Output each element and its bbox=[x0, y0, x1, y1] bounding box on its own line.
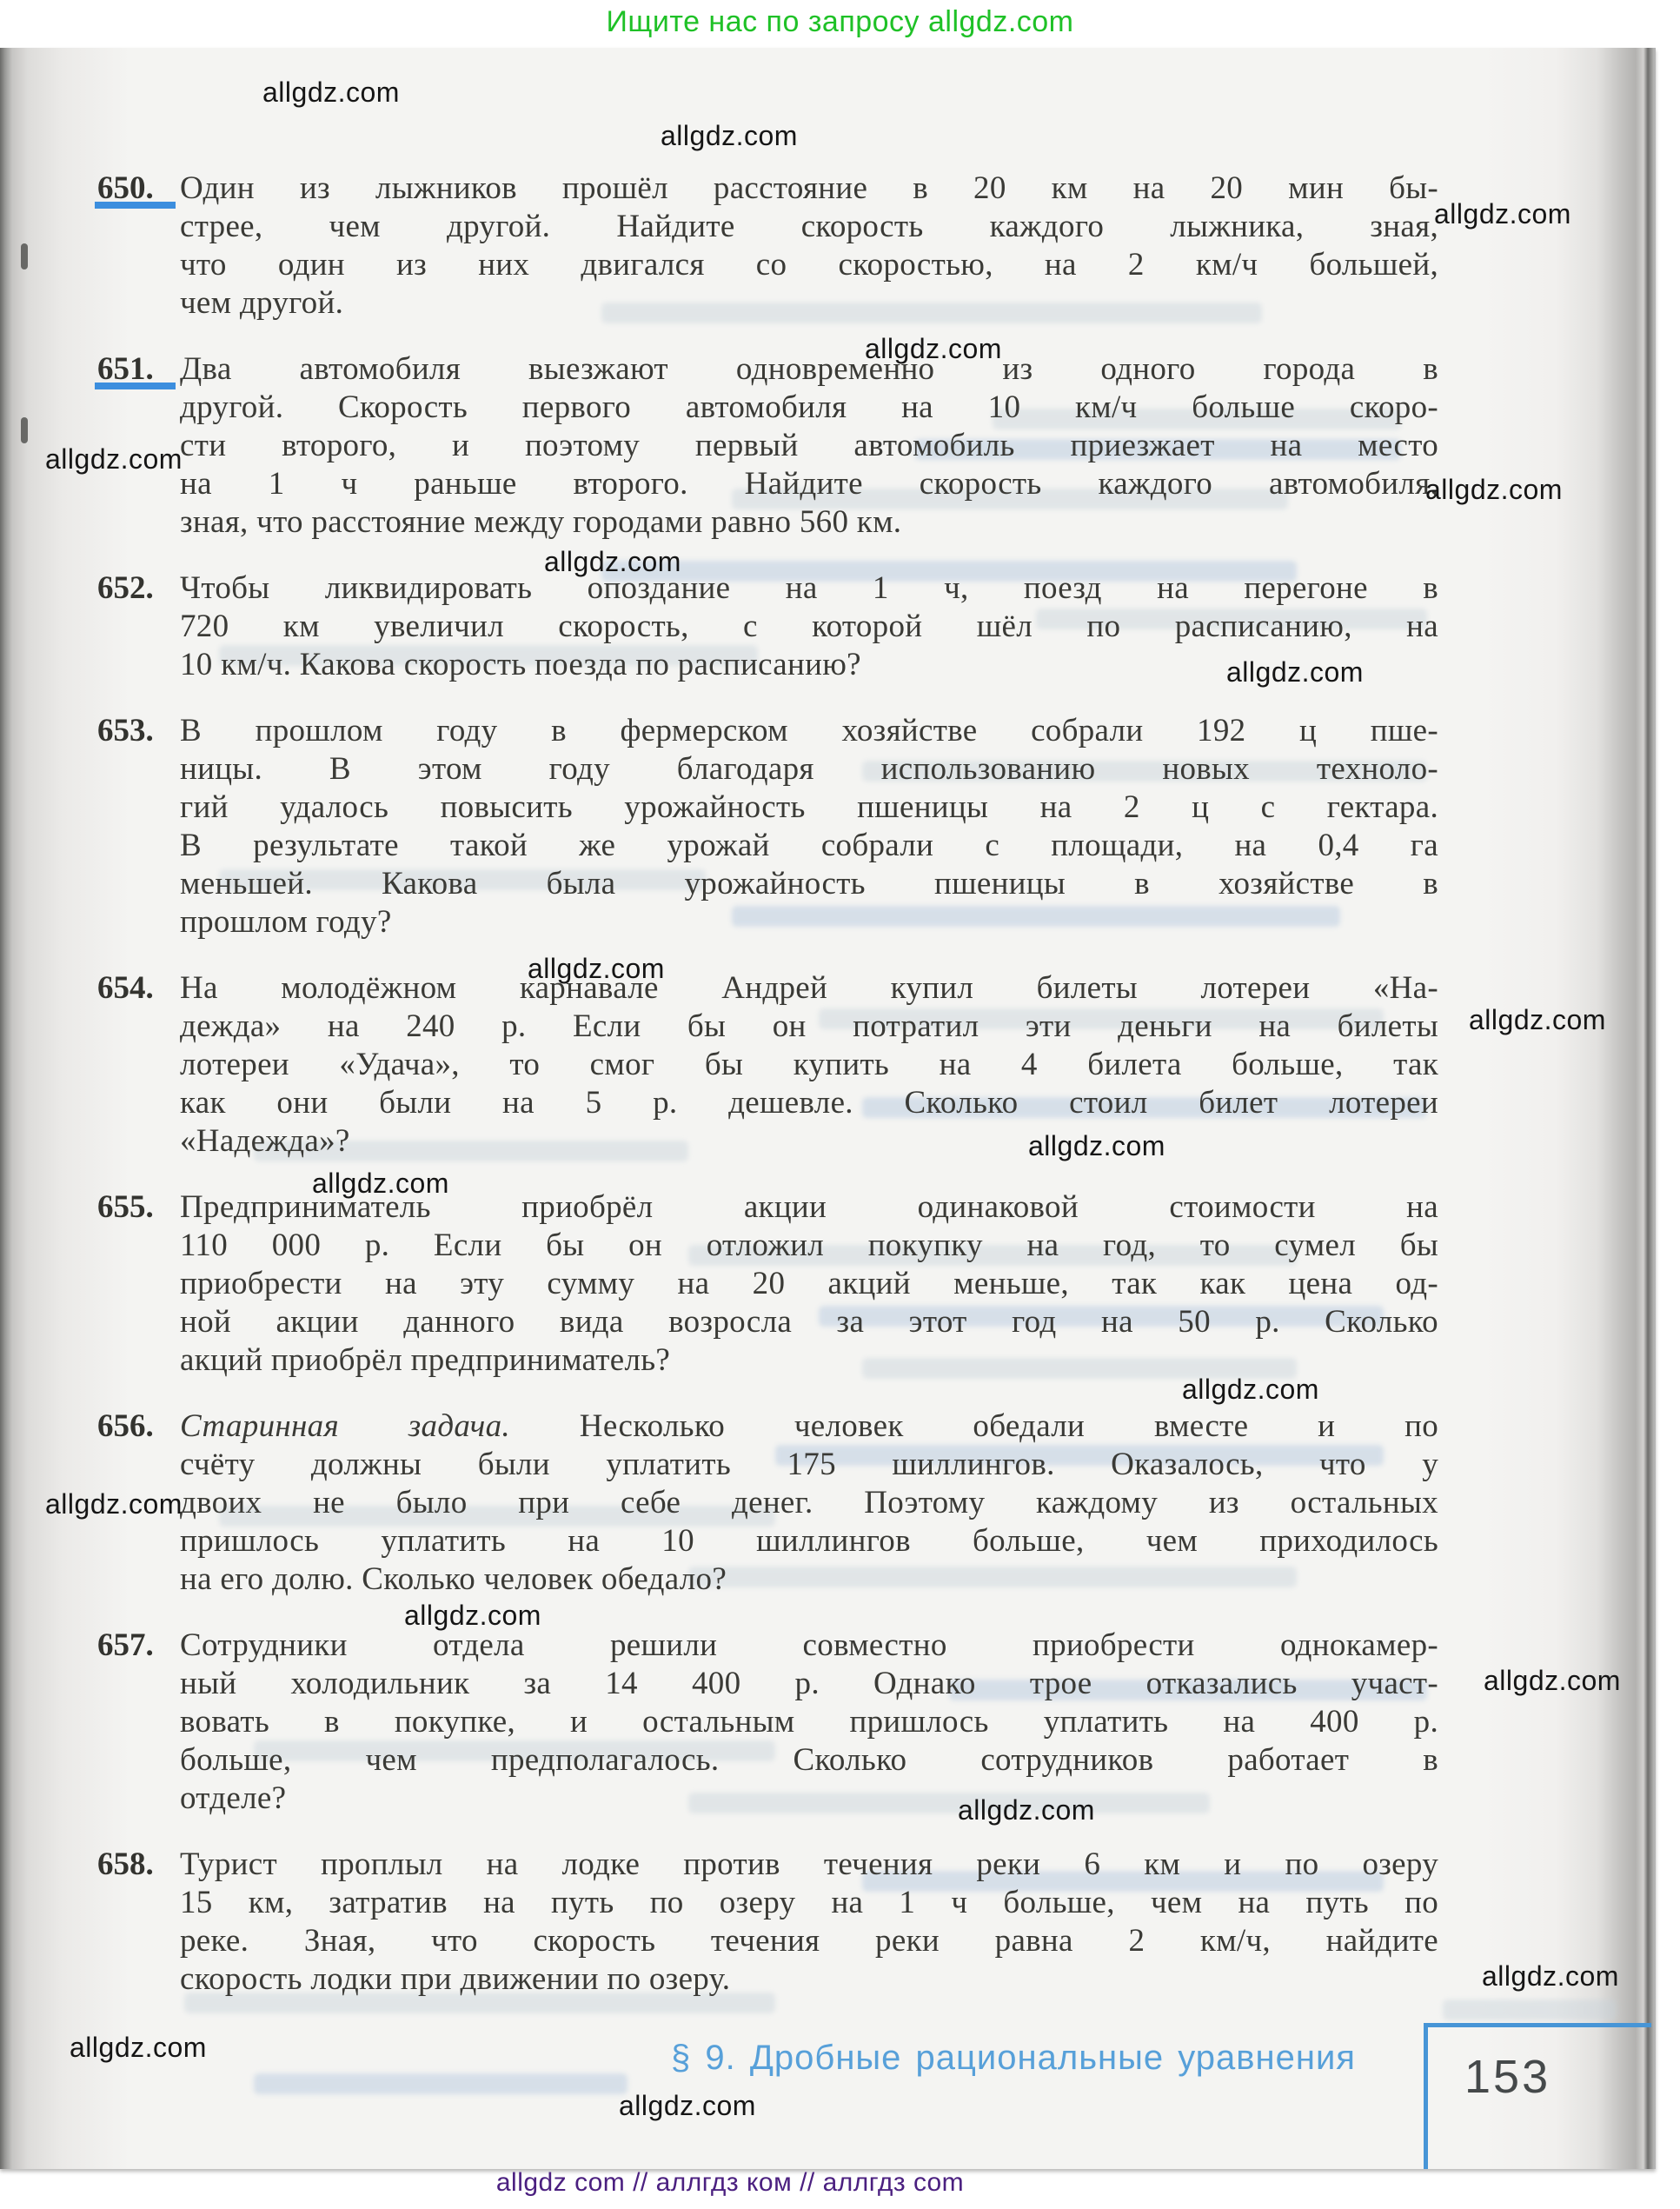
textbook-page-scan: Ищите нас по запросу allgdz.com 650.Один… bbox=[0, 0, 1680, 2209]
problem-text-line: ницы. В этом году благодаря использовани… bbox=[180, 750, 1438, 788]
problem-text-line: Предприниматель приобрёл акции одинаково… bbox=[180, 1188, 1438, 1227]
problem-text-line: как они были на 5 р. дешевле. Сколько ст… bbox=[180, 1084, 1438, 1122]
problem-text: Сотрудники отдела решили совместно приоб… bbox=[180, 1627, 1438, 1818]
problem-text-line: пришлось уплатить на 10 шиллингов больше… bbox=[180, 1522, 1438, 1560]
showthrough-smudge bbox=[1443, 1999, 1617, 2020]
problem-number: 652. bbox=[97, 569, 176, 608]
binding-mark bbox=[21, 417, 28, 443]
problem-text-line: 10 км/ч. Какова скорость поезда по распи… bbox=[180, 646, 1438, 684]
problem-text: Предприниматель приобрёл акции одинаково… bbox=[180, 1188, 1438, 1380]
problem-number: 653. bbox=[97, 712, 176, 750]
scan-area: 650.Один из лыжников прошёл расстояние в… bbox=[0, 48, 1656, 2169]
problem-text-line: прошлом году? bbox=[180, 903, 1438, 941]
problem-text-line: другой. Скорость первого автомобиля на 1… bbox=[180, 389, 1438, 427]
problem-text-line: больше, чем предполагалось. Сколько сотр… bbox=[180, 1741, 1438, 1780]
problem-item: 655.Предприниматель приобрёл акции одина… bbox=[97, 1188, 1438, 1380]
page-number-box: 153 bbox=[1424, 2023, 1651, 2169]
problem-text-line: двоих не было при себе денег. Поэтому ка… bbox=[180, 1484, 1438, 1522]
problem-item: 653.В прошлом году в фермерском хозяйств… bbox=[97, 712, 1438, 941]
problem-item: 654.На молодёжном карнавале Андрей купил… bbox=[97, 969, 1438, 1161]
problem-text-line: лотереи «Удача», то смог бы купить на 4 … bbox=[180, 1046, 1438, 1084]
problem-text-line: чем другой. bbox=[180, 284, 1438, 323]
problem-text-line: отделе? bbox=[180, 1780, 1438, 1818]
problem-text: Турист проплыл на лодке против течения р… bbox=[180, 1846, 1438, 1999]
problem-text-line: Один из лыжников прошёл расстояние в 20 … bbox=[180, 170, 1438, 208]
problem-text: На молодёжном карнавале Андрей купил бил… bbox=[180, 969, 1438, 1161]
problem-text-line: Чтобы ликвидировать опоздание на 1 ч, по… bbox=[180, 569, 1438, 608]
problem-item: 657.Сотрудники отдела решили совместно п… bbox=[97, 1627, 1438, 1818]
problem-text-line: счёту должны были уплатить 175 шиллингов… bbox=[180, 1446, 1438, 1484]
problem-text: Чтобы ликвидировать опоздание на 1 ч, по… bbox=[180, 569, 1438, 684]
problem-text: Два автомобиля выезжают одновременно из … bbox=[180, 350, 1438, 542]
problem-text-line: На молодёжном карнавале Андрей купил бил… bbox=[180, 969, 1438, 1008]
problem-number: 657. bbox=[97, 1627, 176, 1665]
problem-item: 652.Чтобы ликвидировать опоздание на 1 ч… bbox=[97, 569, 1438, 684]
problem-text-line: ный холодильник за 14 400 р. Однако трое… bbox=[180, 1665, 1438, 1703]
problem-text-line: ной акции данного вида возросла за этот … bbox=[180, 1303, 1438, 1341]
problem-text-line: 720 км увеличил скорость, с которой шёл … bbox=[180, 608, 1438, 646]
problem-number: 655. bbox=[97, 1188, 176, 1227]
problem-number: 656. bbox=[97, 1407, 176, 1446]
problem-text-line: дежда» на 240 р. Если бы он потратил эти… bbox=[180, 1008, 1438, 1046]
section-title: § 9. Дробные рациональные уравнения bbox=[671, 2039, 1356, 2078]
problem-text-line: стрее, чем другой. Найдите скорость кажд… bbox=[180, 208, 1438, 246]
problem-text-line: на 1 ч раньше второго. Найдите скорость … bbox=[180, 465, 1438, 503]
problem-list: 650.Один из лыжников прошёл расстояние в… bbox=[97, 170, 1438, 2026]
binding-mark bbox=[21, 243, 28, 269]
problem-text-line: Турист проплыл на лодке против течения р… bbox=[180, 1846, 1438, 1884]
problem-number: 650. bbox=[97, 170, 176, 208]
problem-text-line: В результате такой же урожай собрали с п… bbox=[180, 827, 1438, 865]
site-footer-text: allgdz com // аллгдз ком // аллгдз com bbox=[0, 2168, 1460, 2198]
problem-text-line: сти второго, и поэтому первый автомобиль… bbox=[180, 427, 1438, 465]
problem-text-line: «Надежда»? bbox=[180, 1122, 1438, 1161]
problem-text-line: меньшей. Какова была урожайность пшеницы… bbox=[180, 865, 1438, 903]
problem-text-line: скорость лодки при движении по озеру. bbox=[180, 1960, 1438, 1999]
problem-text-line: что один из них двигался со скоростью, н… bbox=[180, 246, 1438, 284]
problem-text-line: Два автомобиля выезжают одновременно из … bbox=[180, 350, 1438, 389]
problem-text-line: 110 000 р. Если бы он отложил покупку на… bbox=[180, 1227, 1438, 1265]
problem-text-line: зная, что расстояние между городами равн… bbox=[180, 503, 1438, 542]
problem-text-line: Сотрудники отдела решили совместно приоб… bbox=[180, 1627, 1438, 1665]
problem-number: 654. bbox=[97, 969, 176, 1008]
problem-text-line: реке. Зная, что скорость течения реки ра… bbox=[180, 1922, 1438, 1960]
problem-text: В прошлом году в фермерском хозяйстве со… bbox=[180, 712, 1438, 941]
problem-number: 658. bbox=[97, 1846, 176, 1884]
problem-text-line: на его долю. Сколько человек обедало? bbox=[180, 1560, 1438, 1599]
promo-header-text: Ищите нас по запросу allgdz.com bbox=[0, 5, 1680, 39]
problem-text-line: акций приобрёл предприниматель? bbox=[180, 1341, 1438, 1380]
problem-text-line: приобрести на эту сумму на 20 акций мень… bbox=[180, 1265, 1438, 1303]
problem-item: 658.Турист проплыл на лодке против течен… bbox=[97, 1846, 1438, 1999]
problem-item: 650.Один из лыжников прошёл расстояние в… bbox=[97, 170, 1438, 323]
showthrough-smudge bbox=[254, 2073, 628, 2094]
page-number: 153 bbox=[1428, 2027, 1651, 2104]
problem-text-line: 15 км, затратив на путь по озеру на 1 ч … bbox=[180, 1884, 1438, 1922]
problem-text: Один из лыжников прошёл расстояние в 20 … bbox=[180, 170, 1438, 323]
problem-text: Старинная задача. Несколько человек обед… bbox=[180, 1407, 1438, 1599]
problem-text-line: Старинная задача. Несколько человек обед… bbox=[180, 1407, 1438, 1446]
problem-item: 656.Старинная задача. Несколько человек … bbox=[97, 1407, 1438, 1599]
problem-text-line: вовать в покупке, и остальным пришлось у… bbox=[180, 1703, 1438, 1741]
problem-text-line: гий удалось повысить урожайность пшеницы… bbox=[180, 788, 1438, 827]
problem-item: 651.Два автомобиля выезжают одновременно… bbox=[97, 350, 1438, 542]
problem-number: 651. bbox=[97, 350, 176, 389]
problem-text-line: В прошлом году в фермерском хозяйстве со… bbox=[180, 712, 1438, 750]
